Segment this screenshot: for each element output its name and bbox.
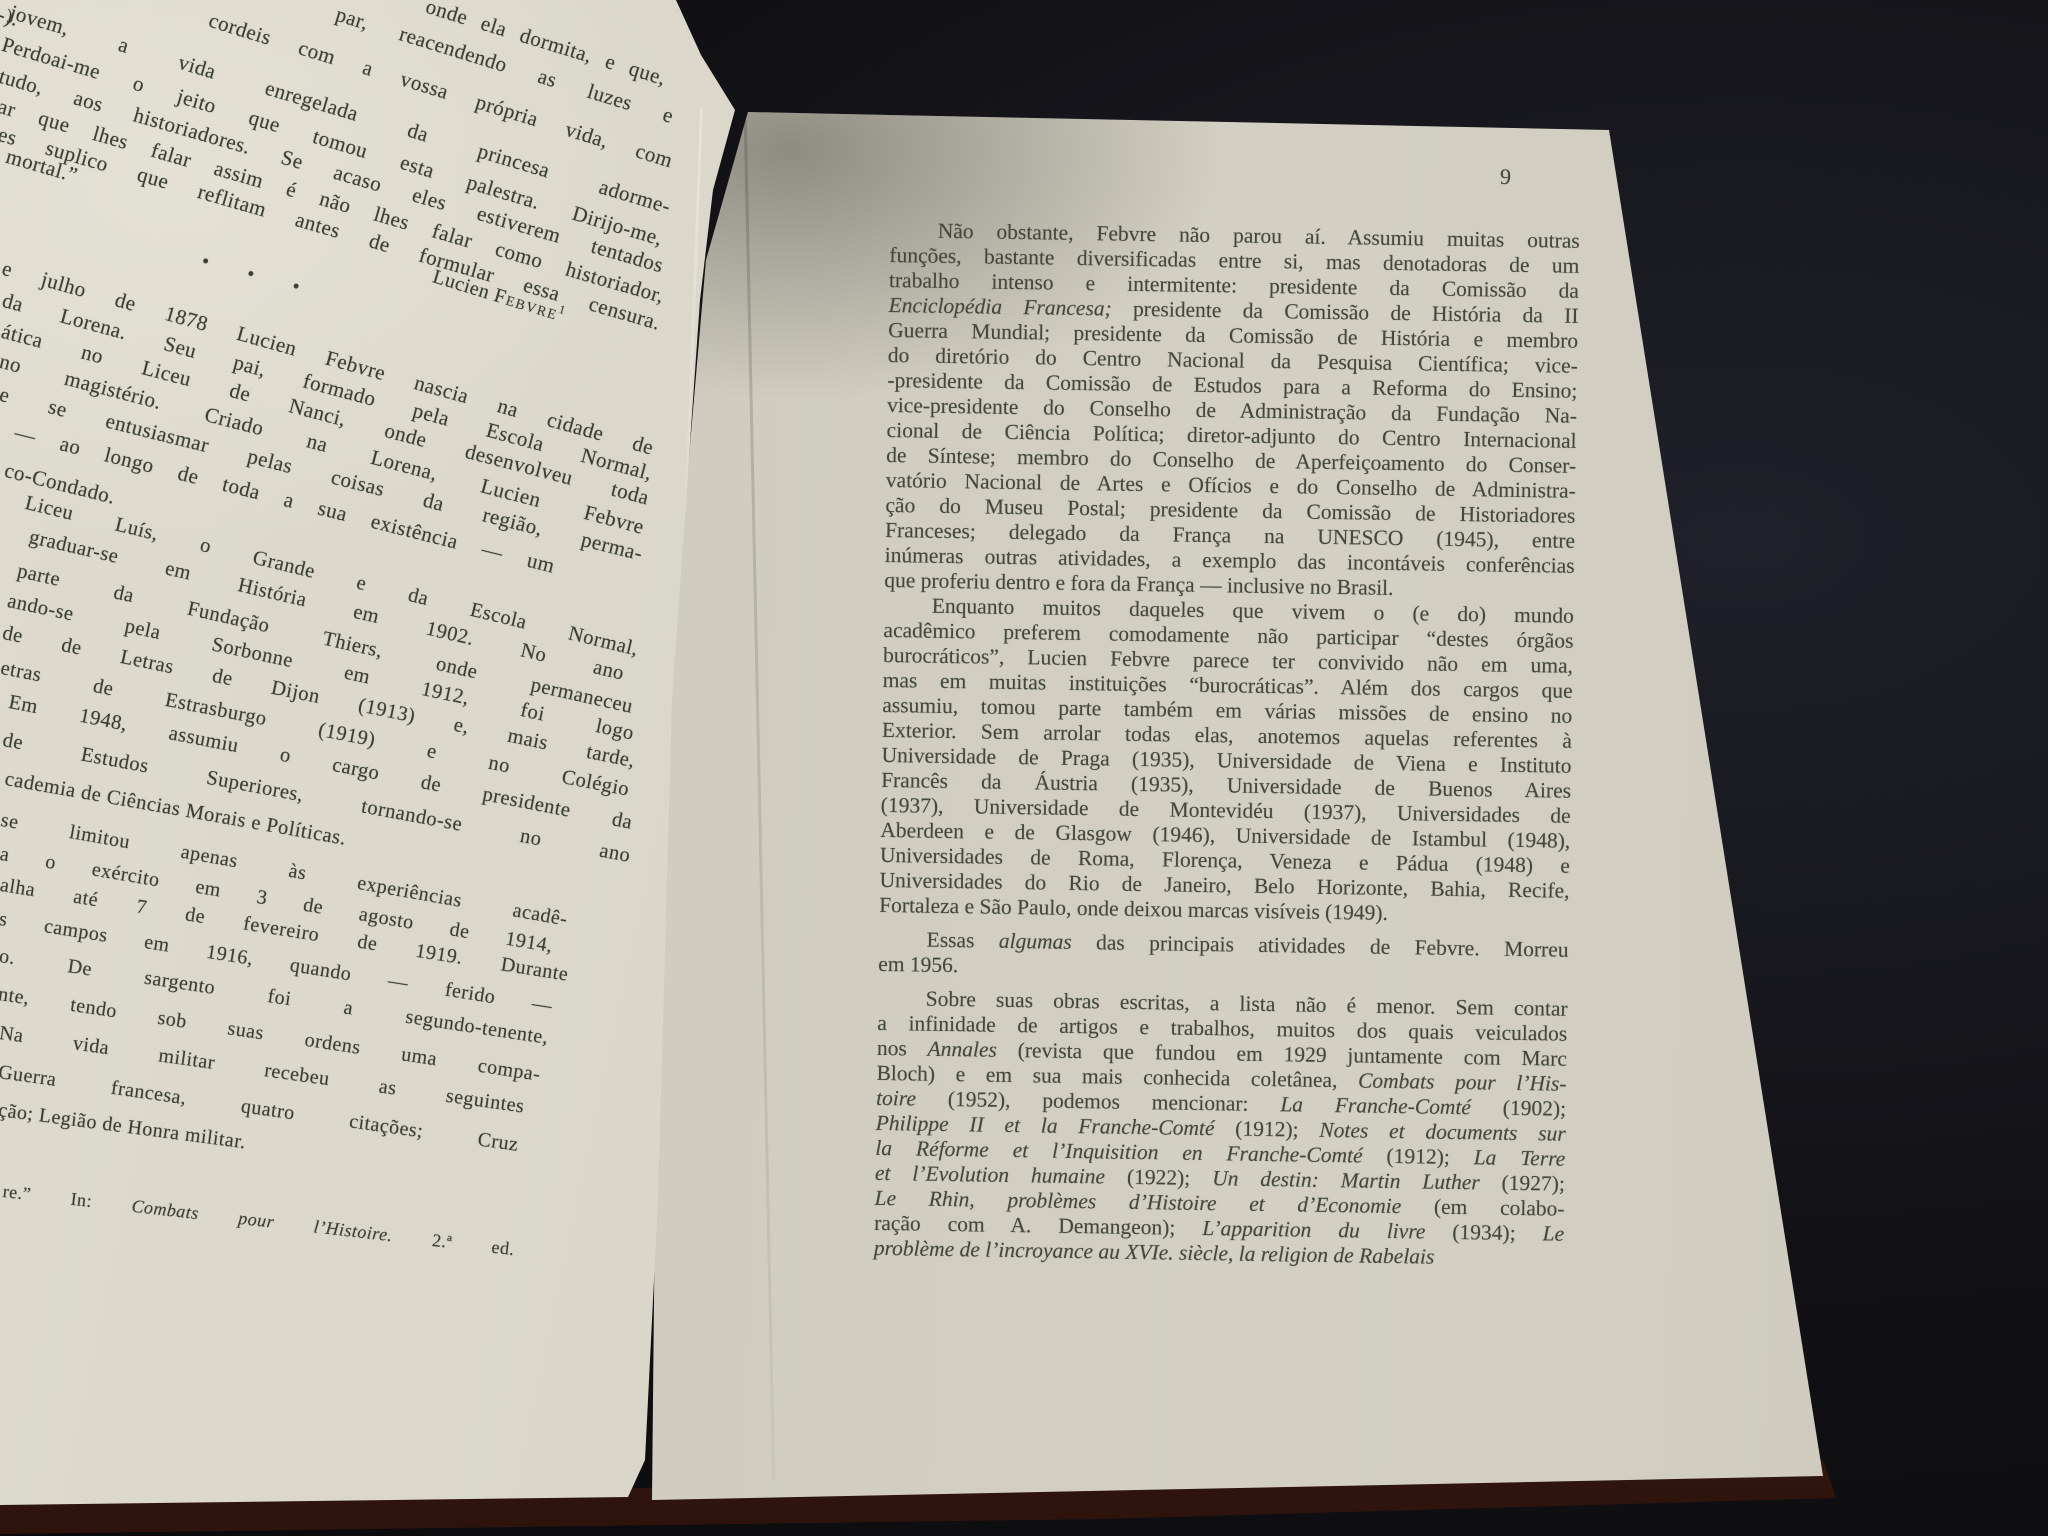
page-crease — [744, 120, 775, 1480]
text-segment: et l’Evolution humaine — [875, 1161, 1105, 1189]
paragraph: Essas algumas das principais atividades … — [878, 927, 1569, 988]
paragraph: Sobre suas obras escritas, a lista não é… — [874, 986, 1568, 1272]
text-segment: L’apparition du livre — [1202, 1216, 1425, 1244]
text-segment: Le — [1542, 1221, 1564, 1245]
text-segment: algumas — [999, 929, 1072, 954]
page-number: 9 — [1500, 164, 1511, 190]
text-segment: (1912); — [1214, 1116, 1319, 1142]
text-segment: Annales — [927, 1037, 997, 1062]
text-segment: nos — [877, 1036, 928, 1061]
text-segment: (1912); — [1362, 1144, 1473, 1170]
book-photo: 9 Não obstante, Febvre não parou aí. Ass… — [0, 0, 2048, 1536]
text-segment: Notes et documents sur — [1319, 1118, 1566, 1146]
text-segment: Essas — [926, 928, 999, 953]
text-segment: toire — [876, 1086, 916, 1111]
text-segment: ração com A. Demangeon); — [874, 1211, 1202, 1240]
right-page-text: Não obstante, Febvre não parou aí. Assum… — [874, 218, 1580, 1272]
text-segment: (1934); — [1425, 1220, 1543, 1246]
text-segment: La Franche-Comté — [1280, 1092, 1471, 1119]
text-segment: Enciclopédia Francesa; — [888, 293, 1111, 321]
paragraph: Não obstante, Febvre não parou aí. Assum… — [884, 218, 1580, 604]
text-segment: em 1956. — [878, 952, 958, 977]
text-segment: (1902); — [1471, 1095, 1567, 1120]
paragraph: Enquanto muitos daqueles que vivem o (e … — [879, 593, 1574, 929]
text-segment: Un destin: Martin Luther — [1212, 1166, 1480, 1194]
text-segment: La Terre — [1474, 1145, 1566, 1170]
text-segment: (1927); — [1480, 1170, 1566, 1195]
text-segment: Combats pour l’His- — [1358, 1068, 1567, 1095]
text-segment: (1922); — [1105, 1164, 1212, 1190]
text-segment: (em colabo- — [1401, 1194, 1565, 1221]
